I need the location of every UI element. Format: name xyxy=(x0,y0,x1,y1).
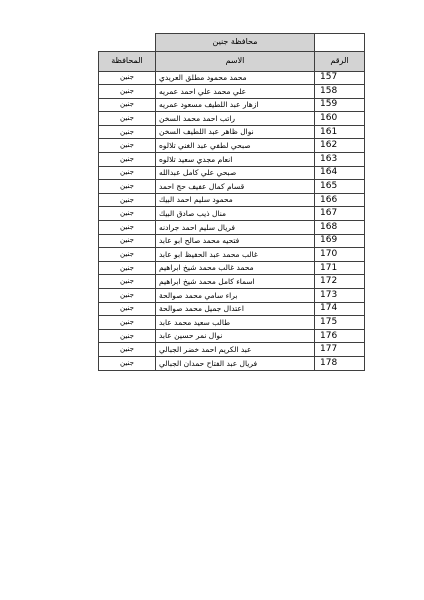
row-governorate-cell: جنين xyxy=(99,180,156,194)
row-number-cell: 163 xyxy=(315,153,365,167)
row-name-cell: راتب احمد محمد السخن xyxy=(156,112,315,126)
banner-title: محافظة جنين xyxy=(156,34,315,52)
row-number-cell: 171 xyxy=(315,261,365,275)
row-number-cell: 174 xyxy=(315,302,365,316)
banner-row: محافظة جنين xyxy=(99,34,365,52)
row-number-cell: 178 xyxy=(315,356,365,370)
table-row: 163انعام مجدي سعيد تلالوهجنين xyxy=(99,153,365,167)
row-number-cell: 165 xyxy=(315,180,365,194)
row-name-cell: قسام كمال عفيف حج احمد xyxy=(156,180,315,194)
table-row: 175طالب سعيد محمد عابدجنين xyxy=(99,316,365,330)
row-number-cell: 159 xyxy=(315,98,365,112)
table-row: 176نوال نمر حسين عابدجنين xyxy=(99,329,365,343)
table-row: 166محمود سليم احمد البيكجنين xyxy=(99,193,365,207)
table-row: 160راتب احمد محمد السخنجنين xyxy=(99,112,365,126)
row-name-cell: اعتدال جميل محمد صوالحة xyxy=(156,302,315,316)
column-header-number: الرقم xyxy=(315,51,365,71)
row-governorate-cell: جنين xyxy=(99,85,156,99)
row-name-cell: فريال سليم احمد جرادنه xyxy=(156,221,315,235)
row-number-cell: 166 xyxy=(315,193,365,207)
row-number-cell: 170 xyxy=(315,248,365,262)
column-header-name: الاسم xyxy=(156,51,315,71)
row-name-cell: صبحي لطفي عبد الغني تلالوه xyxy=(156,139,315,153)
row-name-cell: نوال نمر حسين عابد xyxy=(156,329,315,343)
row-name-cell: ازهار عبد اللطيف مسعود عمريه xyxy=(156,98,315,112)
table-row: 172اسماء كامل محمد شيخ ابراهيمجنين xyxy=(99,275,365,289)
row-name-cell: محمد محمود مطلق العريدي xyxy=(156,71,315,85)
banner-empty-area xyxy=(99,34,156,52)
row-governorate-cell: جنين xyxy=(99,125,156,139)
row-number-cell: 162 xyxy=(315,139,365,153)
table-row: 178فريال عبد الفتاح حمدان الجباليجنين xyxy=(99,356,365,370)
row-governorate-cell: جنين xyxy=(99,302,156,316)
table-row: 164صبحي علي كامل عبداللهجنين xyxy=(99,166,365,180)
table-row: 171محمد غالب محمد شيخ ابراهيمجنين xyxy=(99,261,365,275)
row-name-cell: نوال ظاهر عبد اللطيف السخن xyxy=(156,125,315,139)
row-governorate-cell: جنين xyxy=(99,112,156,126)
table-row: 158علي محمد علي احمد عمريهجنين xyxy=(99,85,365,99)
table-row: 161نوال ظاهر عبد اللطيف السخنجنين xyxy=(99,125,365,139)
row-governorate-cell: جنين xyxy=(99,275,156,289)
row-name-cell: اسماء كامل محمد شيخ ابراهيم xyxy=(156,275,315,289)
row-name-cell: طالب سعيد محمد عابد xyxy=(156,316,315,330)
row-name-cell: فتحيه محمد صالح ابو عابد xyxy=(156,234,315,248)
row-name-cell: منال ذيب صادق البيك xyxy=(156,207,315,221)
row-number-cell: 161 xyxy=(315,125,365,139)
table-row: 157محمد محمود مطلق العريديجنين xyxy=(99,71,365,85)
row-name-cell: صبحي علي كامل عبدالله xyxy=(156,166,315,180)
row-governorate-cell: جنين xyxy=(99,261,156,275)
table-row: 168فريال سليم احمد جرادنهجنين xyxy=(99,221,365,235)
header-row: الرقم الاسم المحافظة xyxy=(99,51,365,71)
row-governorate-cell: جنين xyxy=(99,221,156,235)
row-number-cell: 173 xyxy=(315,289,365,303)
document-page: محافظة جنين الرقم الاسم المحافظة 157محمد… xyxy=(0,0,424,600)
row-governorate-cell: جنين xyxy=(99,356,156,370)
roster-table: محافظة جنين الرقم الاسم المحافظة 157محمد… xyxy=(98,33,365,371)
table-row: 174اعتدال جميل محمد صوالحةجنين xyxy=(99,302,365,316)
row-governorate-cell: جنين xyxy=(99,329,156,343)
row-governorate-cell: جنين xyxy=(99,234,156,248)
row-number-cell: 167 xyxy=(315,207,365,221)
row-governorate-cell: جنين xyxy=(99,289,156,303)
banner-spacer-cell xyxy=(315,34,365,52)
row-governorate-cell: جنين xyxy=(99,207,156,221)
row-governorate-cell: جنين xyxy=(99,71,156,85)
row-name-cell: علي محمد علي احمد عمريه xyxy=(156,85,315,99)
row-governorate-cell: جنين xyxy=(99,139,156,153)
row-governorate-cell: جنين xyxy=(99,98,156,112)
row-number-cell: 157 xyxy=(315,71,365,85)
row-name-cell: غالب محمد عبد الحفيظ ابو عابد xyxy=(156,248,315,262)
row-governorate-cell: جنين xyxy=(99,153,156,167)
row-name-cell: انعام مجدي سعيد تلالوه xyxy=(156,153,315,167)
table-row: 173براء سامي محمد صوالحةجنين xyxy=(99,289,365,303)
row-governorate-cell: جنين xyxy=(99,193,156,207)
row-name-cell: عبد الكريم احمد خضر الجبالي xyxy=(156,343,315,357)
row-number-cell: 158 xyxy=(315,85,365,99)
row-governorate-cell: جنين xyxy=(99,166,156,180)
column-header-governorate: المحافظة xyxy=(99,51,156,71)
row-governorate-cell: جنين xyxy=(99,316,156,330)
row-number-cell: 164 xyxy=(315,166,365,180)
table-row: 165قسام كمال عفيف حج احمدجنين xyxy=(99,180,365,194)
table-row: 159ازهار عبد اللطيف مسعود عمريهجنين xyxy=(99,98,365,112)
row-governorate-cell: جنين xyxy=(99,343,156,357)
row-number-cell: 177 xyxy=(315,343,365,357)
row-name-cell: محمد غالب محمد شيخ ابراهيم xyxy=(156,261,315,275)
row-number-cell: 176 xyxy=(315,329,365,343)
row-number-cell: 172 xyxy=(315,275,365,289)
table-head: محافظة جنين الرقم الاسم المحافظة xyxy=(99,34,365,72)
table-row: 177عبد الكريم احمد خضر الجباليجنين xyxy=(99,343,365,357)
row-name-cell: فريال عبد الفتاح حمدان الجبالي xyxy=(156,356,315,370)
row-number-cell: 160 xyxy=(315,112,365,126)
table-row: 167منال ذيب صادق البيكجنين xyxy=(99,207,365,221)
row-number-cell: 169 xyxy=(315,234,365,248)
table-row: 162صبحي لطفي عبد الغني تلالوهجنين xyxy=(99,139,365,153)
table-row: 169فتحيه محمد صالح ابو عابدجنين xyxy=(99,234,365,248)
row-number-cell: 168 xyxy=(315,221,365,235)
table-row: 170غالب محمد عبد الحفيظ ابو عابدجنين xyxy=(99,248,365,262)
row-name-cell: محمود سليم احمد البيك xyxy=(156,193,315,207)
row-number-cell: 175 xyxy=(315,316,365,330)
row-name-cell: براء سامي محمد صوالحة xyxy=(156,289,315,303)
table-body: 157محمد محمود مطلق العريديجنين158علي محم… xyxy=(99,71,365,370)
row-governorate-cell: جنين xyxy=(99,248,156,262)
